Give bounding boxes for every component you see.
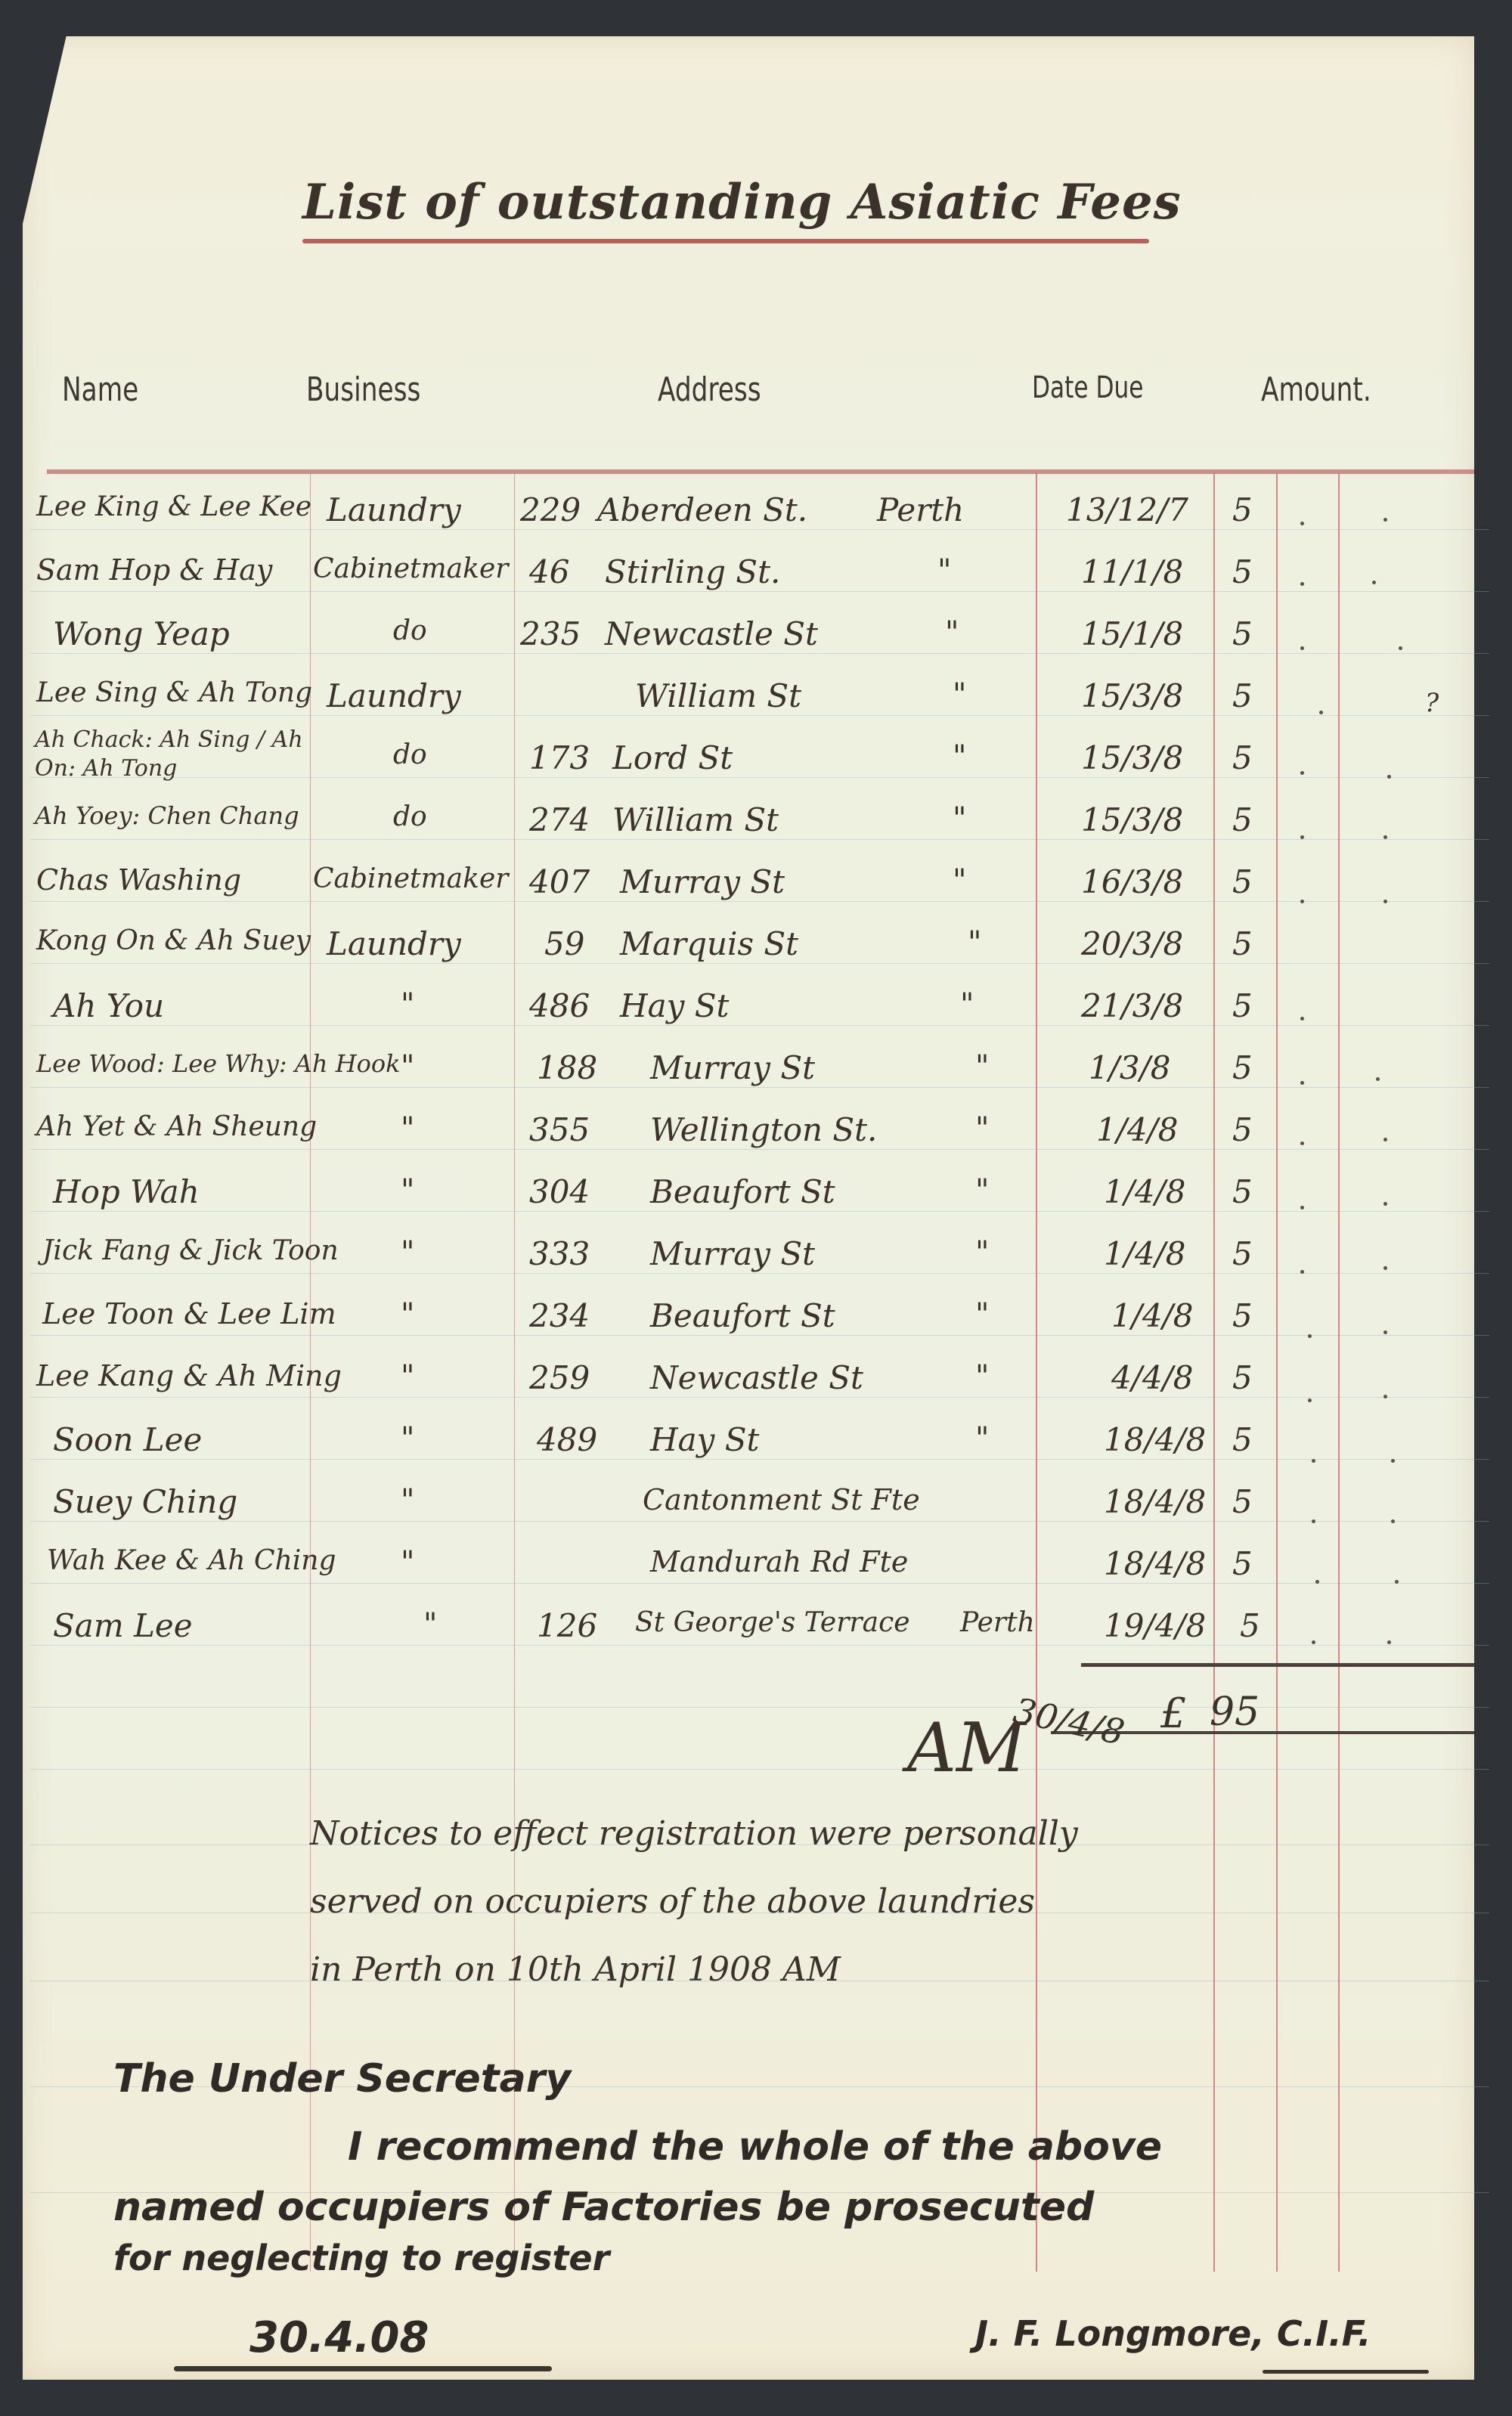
header-rule bbox=[47, 469, 1474, 474]
cell-name: Jick Fang & Jick Toon bbox=[42, 1235, 339, 1266]
cell-amount: 5 bbox=[1232, 1545, 1253, 1582]
cell-name: Suey Ching bbox=[53, 1483, 237, 1520]
cell-amount: 5 bbox=[1232, 1049, 1253, 1086]
cell-business: do bbox=[393, 615, 427, 646]
cell-name: Soon Lee bbox=[53, 1421, 202, 1458]
cell-number: 489 bbox=[537, 1421, 597, 1458]
cell-number: 486 bbox=[529, 987, 590, 1024]
cell-business: " bbox=[401, 1545, 414, 1580]
note-line: Notices to effect registration were pers… bbox=[310, 1814, 1078, 1853]
cell-date-due: 21/3/8 bbox=[1081, 987, 1183, 1024]
cell-number: 229 bbox=[520, 491, 581, 528]
cell-date-due: 15/3/8 bbox=[1081, 801, 1183, 838]
header-amount: Amount. bbox=[1261, 370, 1371, 409]
header-name: Name bbox=[62, 370, 138, 409]
cell-business: do bbox=[393, 739, 427, 770]
cell-street: William St bbox=[612, 801, 779, 838]
cell-number: 235 bbox=[520, 615, 581, 652]
cell-suburb: " bbox=[953, 863, 966, 898]
cell-street: Marquis St bbox=[620, 925, 798, 962]
cell-street: Murray St bbox=[620, 863, 785, 900]
cell-street: St George's Terrace bbox=[635, 1607, 910, 1638]
cell-name: Lee Wood: Lee Why: Ah Hook bbox=[36, 1049, 401, 1078]
cell-business: " bbox=[401, 987, 414, 1022]
cell-name: Kong On & Ah Suey bbox=[36, 925, 311, 956]
cell-date-due: 18/4/8 bbox=[1104, 1483, 1206, 1520]
memo-date: 30.4.08 bbox=[249, 2313, 429, 2362]
cell-street: Hay St bbox=[620, 987, 729, 1024]
header-address: Address bbox=[658, 370, 761, 409]
note-line: served on occupiers of the above laundri… bbox=[310, 1882, 1035, 1921]
cell-date-due: 11/1/8 bbox=[1081, 553, 1183, 590]
total-value: 95 bbox=[1210, 1690, 1259, 1735]
cell-number: 173 bbox=[529, 739, 590, 776]
cell-date-due: 18/4/8 bbox=[1104, 1545, 1206, 1582]
cell-street: Stirling St. bbox=[605, 553, 780, 590]
cell-amount: 5 bbox=[1232, 987, 1253, 1024]
cell-suburb: Perth bbox=[960, 1607, 1035, 1638]
cell-date-due: 20/3/8 bbox=[1081, 925, 1183, 962]
cell-amount: 5 bbox=[1232, 739, 1253, 776]
cell-amount: 5 bbox=[1232, 1359, 1253, 1396]
cell-number: 274 bbox=[529, 801, 590, 838]
cell-suburb: " bbox=[937, 553, 951, 588]
cell-amount: 5 bbox=[1232, 801, 1253, 838]
cell-amount: 5 bbox=[1232, 677, 1253, 714]
cell-business: " bbox=[401, 1421, 414, 1456]
cell-street: William St bbox=[635, 677, 801, 714]
cell-suburb: " bbox=[975, 1297, 989, 1332]
cell-street: Newcastle St bbox=[650, 1359, 863, 1396]
cell-suburb: " bbox=[975, 1111, 989, 1146]
memo-signature: J. F. Longmore, C.I.F. bbox=[975, 2313, 1371, 2354]
cell-name: Ah Chack: Ah Sing / Ah On: Ah Tong bbox=[35, 726, 314, 783]
cell-date-due: 15/3/8 bbox=[1081, 677, 1183, 714]
cell-name: Sam Lee bbox=[53, 1607, 193, 1644]
cell-suburb: " bbox=[953, 739, 966, 774]
cell-business: " bbox=[401, 1173, 414, 1208]
cell-street: Cantonment St Fte bbox=[643, 1483, 920, 1516]
cell-name: Wong Yeap bbox=[53, 615, 230, 652]
cell-number: 333 bbox=[529, 1235, 590, 1272]
cell-number: 234 bbox=[529, 1297, 590, 1334]
cell-street: Wellington St. bbox=[650, 1111, 877, 1148]
cell-name: Wah Kee & Ah Ching bbox=[47, 1545, 336, 1576]
cell-street: Aberdeen St. bbox=[597, 491, 807, 528]
cell-street: Murray St bbox=[650, 1049, 815, 1086]
cell-business: Cabinetmaker bbox=[313, 863, 508, 894]
cell-date-due: 19/4/8 bbox=[1104, 1607, 1206, 1644]
cell-name: Ah Yoey: Chen Chang bbox=[35, 801, 299, 830]
cell-date-due: 1/3/8 bbox=[1089, 1049, 1170, 1086]
cell-name: Chas Washing bbox=[36, 863, 241, 897]
cell-number: 46 bbox=[529, 553, 569, 590]
cell-amount: 5 bbox=[1232, 863, 1253, 900]
cell-name: Hop Wah bbox=[53, 1173, 200, 1210]
cell-suburb: " bbox=[975, 1173, 989, 1208]
cell-number: 126 bbox=[537, 1607, 597, 1644]
cell-suburb: " bbox=[953, 677, 966, 712]
cell-street: Newcastle St bbox=[605, 615, 818, 652]
cell-business: " bbox=[401, 1049, 414, 1084]
cell-business: " bbox=[423, 1607, 437, 1642]
cell-amount: 5 bbox=[1240, 1607, 1260, 1644]
header-business: Business bbox=[306, 370, 420, 409]
cell-amount: 5 bbox=[1232, 553, 1253, 590]
cell-business: Laundry bbox=[327, 491, 461, 528]
cell-date-due: 13/12/7 bbox=[1066, 491, 1188, 528]
cell-number: 304 bbox=[529, 1173, 590, 1210]
cell-business: " bbox=[401, 1235, 414, 1270]
cell-amount: 5 bbox=[1232, 1173, 1253, 1210]
cell-business: Cabinetmaker bbox=[313, 553, 508, 584]
cell-suburb: " bbox=[960, 987, 974, 1022]
cell-street: Hay St bbox=[650, 1421, 759, 1458]
cell-street: Murray St bbox=[650, 1235, 815, 1272]
cell-name: Lee Sing & Ah Tong bbox=[36, 677, 312, 708]
cell-suburb: " bbox=[975, 1235, 989, 1270]
cell-business: do bbox=[393, 801, 427, 832]
cell-amount: 5 bbox=[1232, 615, 1253, 652]
cell-date-due: 15/1/8 bbox=[1081, 615, 1183, 652]
cell-street: Beaufort St bbox=[650, 1297, 835, 1334]
cell-number: 355 bbox=[529, 1111, 590, 1148]
cell-amount: 5 bbox=[1232, 1421, 1253, 1458]
cell-suburb: " bbox=[945, 615, 959, 650]
cell-suburb: " bbox=[968, 925, 981, 960]
cell-suburb: Perth bbox=[877, 491, 964, 528]
cell-amount: 5 bbox=[1232, 1111, 1253, 1148]
cell-number: 59 bbox=[544, 925, 584, 962]
cell-street: Mandurah Rd Fte bbox=[650, 1545, 908, 1578]
memo-line: named occupiers of Factories be prosecut… bbox=[113, 2185, 1094, 2230]
cell-suburb: " bbox=[975, 1421, 989, 1456]
cell-name: Ah Yet & Ah Sheung bbox=[36, 1111, 317, 1142]
cell-amount: 5 bbox=[1232, 925, 1253, 962]
cell-name: Lee Toon & Lee Lim bbox=[42, 1297, 336, 1330]
cell-date-due: 18/4/8 bbox=[1104, 1421, 1206, 1458]
cell-name: Lee King & Lee Kee bbox=[36, 491, 311, 522]
cell-number: 188 bbox=[537, 1049, 597, 1086]
cell-business: " bbox=[401, 1483, 414, 1518]
cell-amount: 5 bbox=[1232, 491, 1253, 528]
cell-amount: 5 bbox=[1232, 1483, 1253, 1520]
cell-business: " bbox=[401, 1297, 414, 1332]
cell-number: 259 bbox=[529, 1359, 590, 1396]
cell-business: Laundry bbox=[327, 677, 461, 714]
cell-date-due: 1/4/8 bbox=[1104, 1173, 1185, 1210]
cell-name: Ah You bbox=[53, 987, 164, 1024]
cell-suburb: " bbox=[953, 801, 966, 836]
cell-business: Laundry bbox=[327, 925, 461, 962]
memo-line: I recommend the whole of the above bbox=[348, 2124, 1162, 2170]
note-line: in Perth on 10th April 1908 AM bbox=[310, 1950, 841, 1989]
margin-question-mark: ? bbox=[1425, 688, 1439, 718]
cell-business: " bbox=[401, 1111, 414, 1146]
cell-date-due: 15/3/8 bbox=[1081, 739, 1183, 776]
cell-suburb: " bbox=[975, 1049, 989, 1084]
cell-street: Lord St bbox=[612, 739, 733, 776]
total-currency: £ bbox=[1160, 1690, 1186, 1737]
cell-business: " bbox=[401, 1359, 414, 1394]
cell-suburb: " bbox=[975, 1359, 989, 1394]
cell-amount: 5 bbox=[1232, 1297, 1253, 1334]
cell-date-due: 1/4/8 bbox=[1111, 1297, 1193, 1334]
cell-name: Lee Kang & Ah Ming bbox=[36, 1359, 342, 1392]
memo-salutation: The Under Secretary bbox=[113, 2056, 571, 2102]
title-underline bbox=[302, 239, 1149, 243]
cell-amount: 5 bbox=[1232, 1235, 1253, 1272]
memo-line: for neglecting to register bbox=[113, 2238, 609, 2278]
cell-date-due: 4/4/8 bbox=[1111, 1359, 1193, 1396]
cell-date-due: 1/4/8 bbox=[1096, 1111, 1178, 1148]
cell-number: 407 bbox=[529, 863, 590, 900]
initials: AM bbox=[907, 1708, 1026, 1788]
page-title: List of outstanding Asiatic Fees bbox=[302, 174, 1182, 231]
cell-date-due: 16/3/8 bbox=[1081, 863, 1183, 900]
cell-street: Beaufort St bbox=[650, 1173, 835, 1210]
cell-name: Sam Hop & Hay bbox=[36, 553, 272, 587]
header-date-due: Date Due bbox=[1032, 370, 1143, 405]
cell-date-due: 1/4/8 bbox=[1104, 1235, 1185, 1272]
